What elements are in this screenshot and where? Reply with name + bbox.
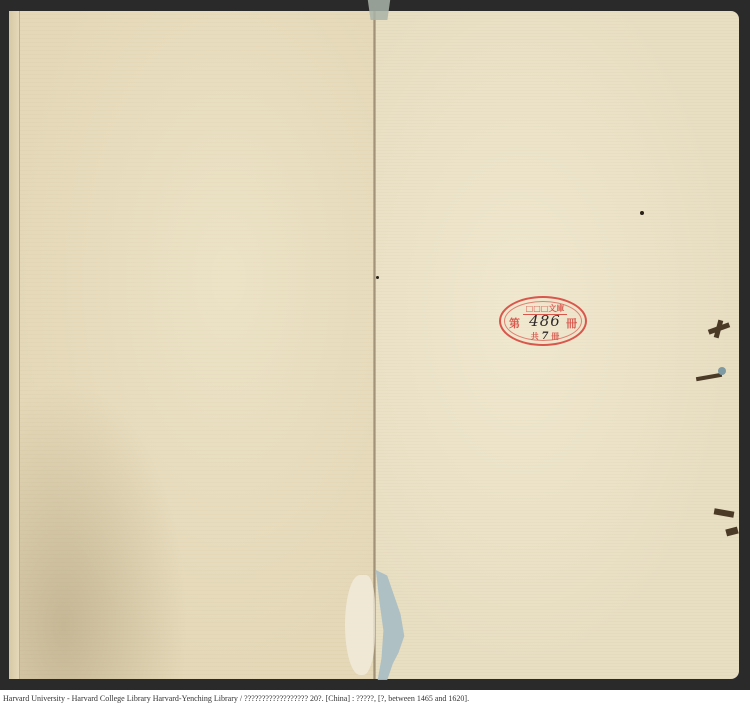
- ink-speck: [640, 211, 644, 215]
- stamp-volume-number: 486: [525, 312, 565, 330]
- left-page: [9, 11, 375, 679]
- book-gutter: [373, 11, 376, 679]
- stamp-total-volumes: 共 7 冊: [525, 331, 565, 342]
- ink-speck: [376, 276, 379, 279]
- image-caption: Harvard University - Harvard College Lib…: [0, 690, 750, 708]
- stamp-total-suffix: 冊: [551, 332, 559, 341]
- stamp-total-number: 7: [542, 331, 549, 342]
- stamp-suffix-char: 冊: [566, 315, 577, 331]
- stamp-total-prefix: 共: [531, 332, 539, 341]
- library-stamp: □□□文庫 第 486 冊 共 7 冊: [499, 296, 587, 346]
- stamp-prefix-char: 第: [509, 315, 520, 331]
- paper-repair-patch: [345, 575, 375, 675]
- scan-image: □□□文庫 第 486 冊 共 7 冊: [0, 0, 750, 690]
- right-page: [375, 11, 739, 679]
- wormhole-damage: [718, 367, 726, 375]
